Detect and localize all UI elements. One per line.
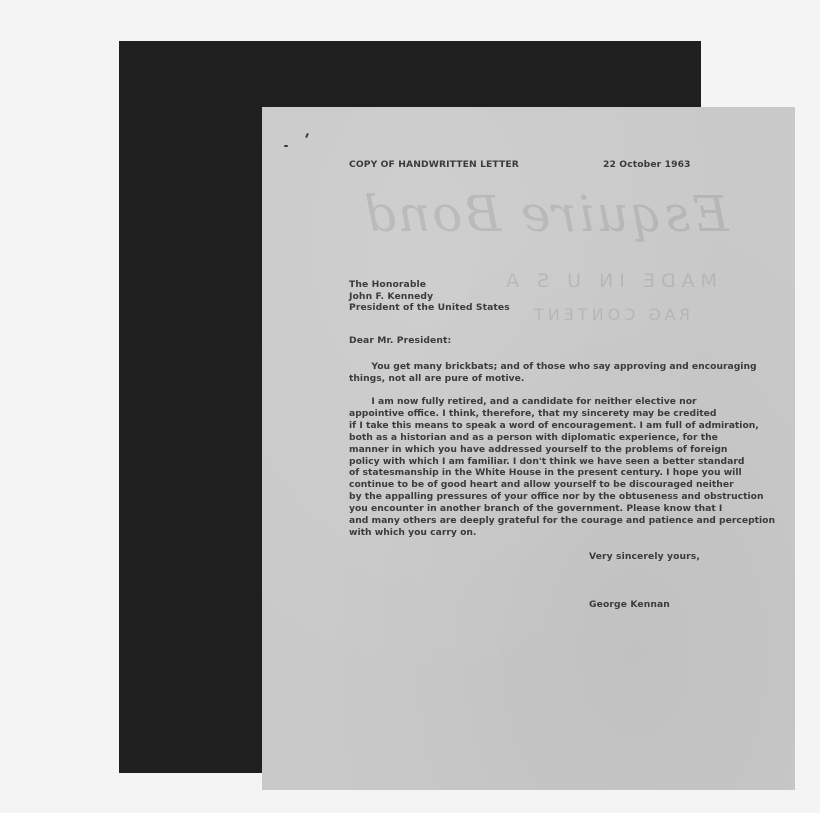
document-frame: Esquire Bond MADE IN U S A RAG CONTENT C… — [119, 41, 701, 773]
body-line: you encounter in another branch of the g… — [349, 503, 775, 515]
body-paragraph-1: You get many brickbats; and of those who… — [349, 361, 757, 385]
watermark-rag-content: RAG CONTENT — [530, 305, 690, 324]
watermark-made-in-usa: MADE IN U S A — [500, 270, 717, 292]
recipient-line: The Honorable — [349, 279, 510, 291]
body-line: and many others are deeply grateful for … — [349, 515, 775, 527]
body-line: with which you carry on. — [349, 527, 775, 539]
document-label: COPY OF HANDWRITTEN LETTER — [349, 159, 519, 170]
body-line: appointive office. I think, therefore, t… — [349, 408, 775, 420]
body-line: if I take this means to speak a word of … — [349, 420, 775, 432]
watermark-brand: Esquire Bond — [362, 185, 729, 243]
body-line: by the appalling pressures of your offic… — [349, 491, 775, 503]
body-line: I am now fully retired, and a candidate … — [349, 396, 775, 408]
body-line: of statesmanship in the White House in t… — [349, 467, 775, 479]
body-line: You get many brickbats; and of those who… — [349, 361, 757, 373]
body-paragraph-2: I am now fully retired, and a candidate … — [349, 396, 775, 539]
complimentary-close: Very sincerely yours, — [589, 551, 700, 562]
body-line: policy with which I am familiar. I don't… — [349, 456, 775, 468]
recipient-line: President of the United States — [349, 302, 510, 314]
signature-name: George Kennan — [589, 599, 670, 610]
body-line: both as a historian and as a person with… — [349, 432, 775, 444]
paper-mark — [305, 133, 309, 138]
recipient-address: The Honorable John F. Kennedy President … — [349, 279, 510, 314]
body-line: continue to be of good heart and allow y… — [349, 479, 775, 491]
letter-page: Esquire Bond MADE IN U S A RAG CONTENT C… — [262, 107, 795, 790]
body-line: manner in which you have addressed yours… — [349, 444, 775, 456]
letter-date: 22 October 1963 — [603, 159, 691, 170]
paper-mark — [284, 145, 288, 147]
body-line: things, not all are pure of motive. — [349, 373, 757, 385]
recipient-line: John F. Kennedy — [349, 291, 510, 303]
salutation: Dear Mr. President: — [349, 335, 451, 346]
